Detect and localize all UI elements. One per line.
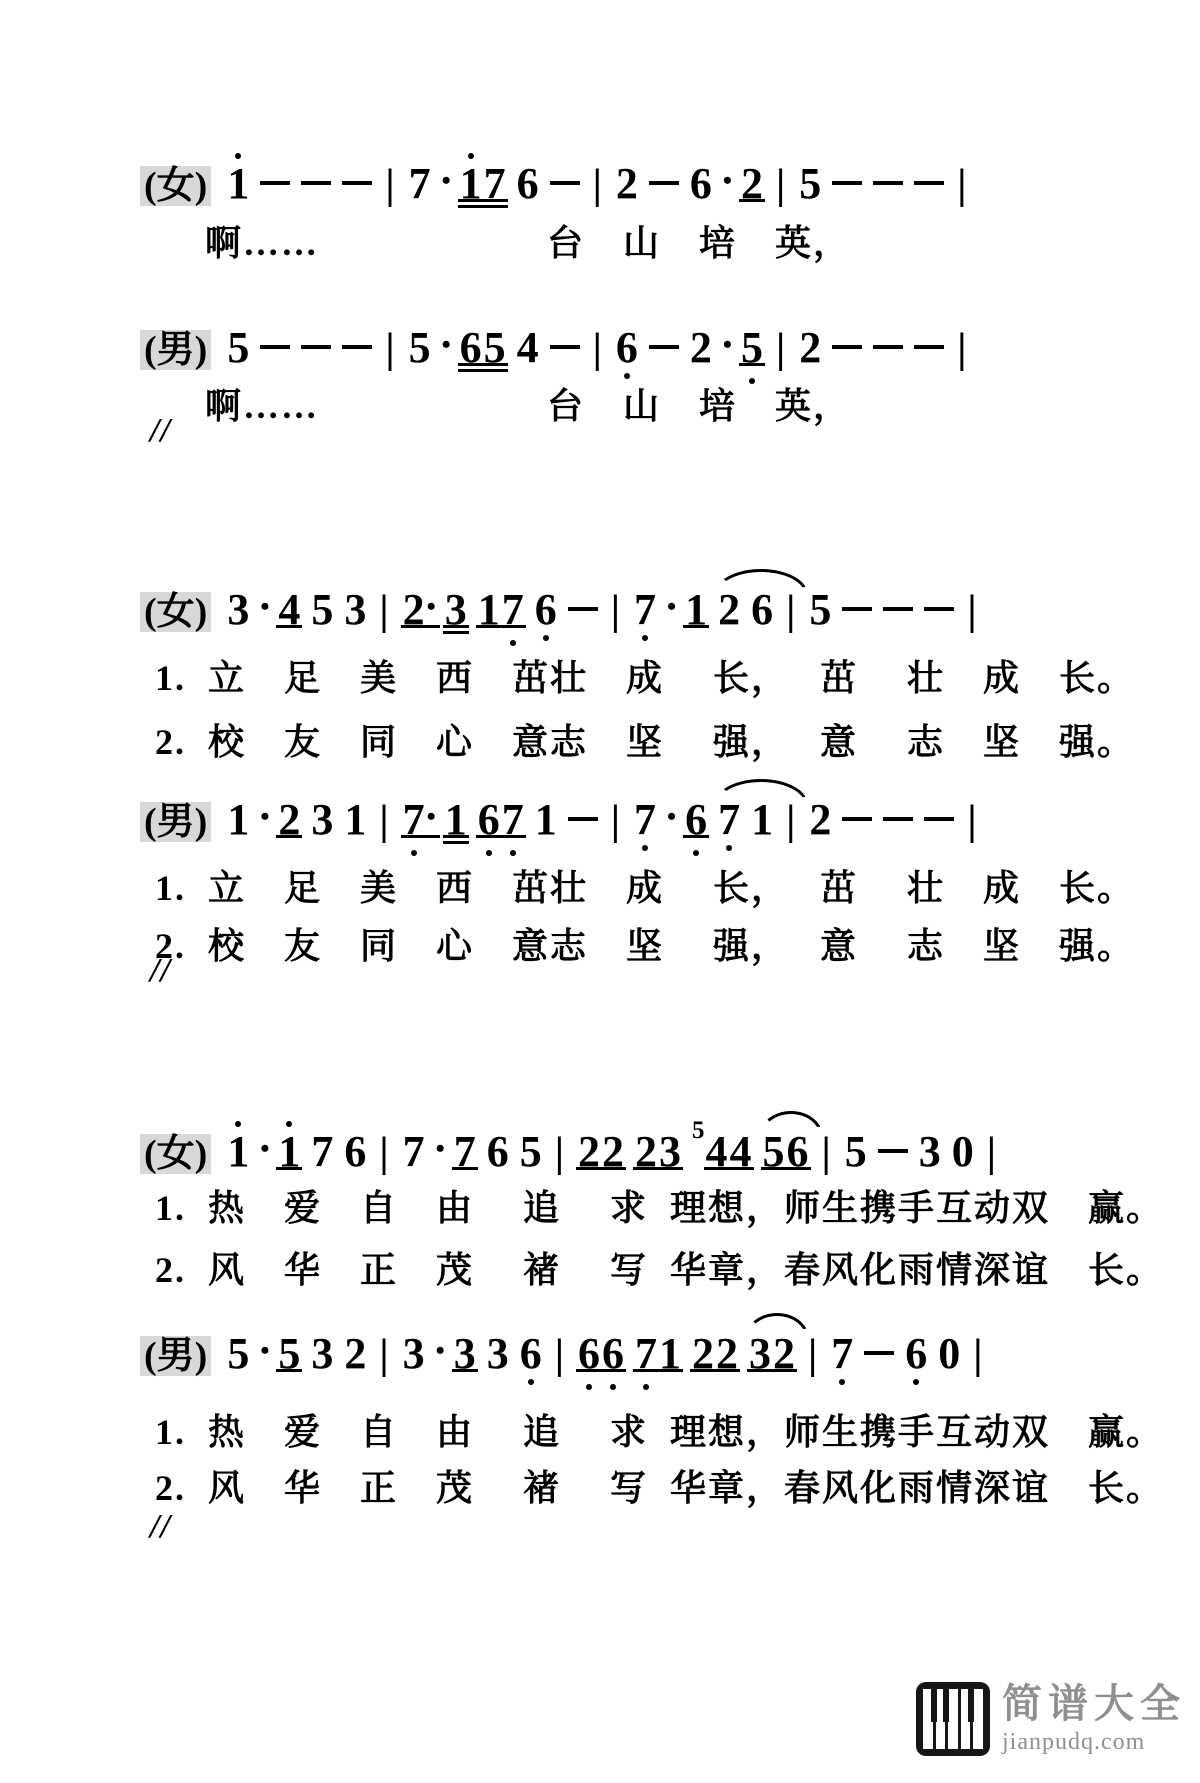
note-digit: 7 (403, 798, 425, 842)
note-digit-glyph: 5 (845, 1130, 867, 1174)
site-url: jianpudq.com (1002, 1729, 1145, 1755)
note-digit: 5 (741, 326, 763, 370)
dash-glyph (883, 817, 913, 821)
note-digit: 7 (484, 162, 506, 206)
rhythm-dot-glyph: • (442, 168, 451, 194)
grace-note-glyph: 5 (692, 1118, 705, 1143)
underline (683, 625, 709, 628)
notes-line-female-2: (女)3•453|2•3176|7•126|5| (140, 588, 991, 632)
dash-glyph (568, 817, 598, 821)
bar-line: | (379, 588, 388, 632)
note-digit-glyph: 2 (344, 1332, 366, 1376)
note-digit-glyph: 6 (616, 326, 638, 370)
note-digit-glyph: 4 (517, 326, 539, 370)
notes-line-male-1: (男)5|5•654|62•5|2| (140, 326, 981, 370)
octave-dot-low (693, 850, 699, 856)
note-digit-glyph: 6 (751, 588, 773, 632)
note-digit-glyph: 6 (517, 162, 539, 206)
octave-dot-low (913, 1379, 919, 1385)
note-digit: 3 (445, 588, 467, 632)
dash-glyph (301, 181, 331, 185)
lyrics-text: 1. 立 足 美 西 茁壮 成 长， 茁 壮 成 长。 (155, 658, 1135, 698)
underline (276, 835, 302, 838)
octave-dot-low (610, 1384, 616, 1390)
bar-line-glyph: | (808, 1334, 817, 1376)
note-digit-glyph: 1 (227, 1130, 249, 1174)
lyrics-line: 2. 校 友 同 心 意志 坚 强， 意 志 坚 强。 (155, 918, 1135, 969)
underline (443, 625, 469, 628)
note-digit: 7 (634, 798, 656, 842)
lyrics-line: 啊…… 台 山 培 英， (205, 378, 851, 429)
note-digit-glyph: 6 (344, 1130, 366, 1174)
section-divider: // (150, 412, 171, 450)
octave-dot-high (468, 153, 474, 159)
lyrics-text: 1. 立 足 美 西 茁壮 成 长， 茁 壮 成 长。 (155, 868, 1135, 908)
note-digit: 7 (409, 162, 431, 206)
underline (500, 625, 526, 628)
bar-line-glyph: | (385, 328, 394, 370)
bar-line: | (786, 798, 795, 842)
dash (301, 162, 331, 206)
bar-line-glyph: | (973, 1334, 982, 1376)
underline (443, 841, 469, 844)
bar-line-glyph: | (385, 164, 394, 206)
voice-label-female: (女) (140, 166, 211, 206)
note-digit: 1 (535, 798, 557, 842)
section-divider: // (150, 1508, 171, 1546)
rhythm-dot: • (427, 588, 436, 632)
note-digit: 5 (227, 1332, 249, 1376)
rhythm-dot: • (442, 162, 451, 206)
note-digit: 3 (344, 588, 366, 632)
underline (600, 1369, 626, 1372)
note-digit: 4 (706, 1130, 728, 1174)
bar-line-glyph: | (379, 1334, 388, 1376)
dash-glyph (649, 181, 679, 185)
dash (883, 798, 913, 842)
dash-glyph (649, 345, 679, 349)
rhythm-dot-glyph: • (442, 332, 451, 358)
note-digit: 3 (311, 1332, 333, 1376)
note-digit: 1 (685, 588, 707, 632)
dash-glyph (914, 181, 944, 185)
dash-glyph (924, 607, 954, 611)
note-digit: 3 (454, 1332, 476, 1376)
bar-line-glyph: | (776, 328, 785, 370)
note-digit: 2 (278, 798, 300, 842)
note-digit: 1 (460, 162, 482, 206)
dash (260, 162, 290, 206)
octave-dot-low (510, 640, 516, 646)
note-digit-glyph: 1 (227, 162, 249, 206)
dash (568, 588, 598, 632)
bar-line: | (776, 162, 785, 206)
lyrics-text: 1. 热 爱 自 由 追 求 理想，师生携手互动双 赢。 (155, 1188, 1164, 1228)
note-digit-glyph: 6 (690, 162, 712, 206)
dash (878, 1130, 908, 1174)
rhythm-dot-glyph: • (436, 1338, 445, 1364)
underline (482, 199, 508, 202)
bar-line: | (379, 798, 388, 842)
note-digit: 4 (517, 326, 539, 370)
dash-glyph (914, 345, 944, 349)
section-divider: // (150, 952, 171, 990)
note-digit: 6 (616, 326, 638, 370)
lyrics-text: 2. 校 友 同 心 意志 坚 强， 意 志 坚 强。 (155, 926, 1135, 966)
note-digit-glyph: 5 (227, 326, 249, 370)
lyrics-line: 1. 立 足 美 西 茁壮 成 长， 茁 壮 成 长。 (155, 650, 1135, 701)
underline (771, 1369, 797, 1372)
note-digit-glyph: 1 (344, 798, 366, 842)
note-digit: 2 (616, 162, 638, 206)
notes-line-female-3: (女)1•176|7•765|222354456|530| (140, 1118, 1010, 1174)
bar-line-glyph: | (786, 590, 795, 632)
dash (924, 798, 954, 842)
bar-line: | (973, 1332, 982, 1376)
bar-line: | (957, 326, 966, 370)
lyrics-line: 啊…… 台 山 培 英， (205, 215, 851, 266)
octave-dot-low (642, 845, 648, 851)
piano-key (936, 1689, 946, 1749)
bar-line-glyph: | (822, 1132, 831, 1174)
note-digit: 6 (578, 1332, 600, 1376)
dash-glyph (260, 181, 290, 185)
note-digit: 7 (454, 1130, 476, 1174)
dash (873, 162, 903, 206)
dash-glyph (301, 345, 331, 349)
bar-line: | (611, 798, 620, 842)
note-digit: 5 (799, 162, 821, 206)
voice-label-female: (女) (140, 592, 211, 632)
bar-line: | (822, 1130, 831, 1174)
note-digit: 2 (344, 1332, 366, 1376)
bar-line-glyph: | (555, 1132, 564, 1174)
piano-key (923, 1689, 933, 1749)
note-digit: 7 (634, 588, 656, 632)
note-digit-glyph: 7 (409, 162, 431, 206)
note-digit: 2 (403, 588, 425, 632)
underline (452, 1167, 478, 1170)
lyrics-line: 2. 风 华 正 茂 禇 写 华章，春风化雨情深谊 长。 (155, 1242, 1164, 1293)
underline (500, 835, 526, 838)
notes-line-male-2: (男)1•231|7•1671|7•671|2| (140, 798, 991, 842)
notes-line-female-1: (女)1|7•176|26•2|5| (140, 162, 981, 206)
note-digit: 1 (478, 588, 500, 632)
octave-dot-low (726, 845, 732, 851)
note-digit: 5 (278, 1332, 300, 1376)
underline (657, 1167, 683, 1170)
note-digit: 2 (716, 1332, 738, 1376)
bar-line-glyph: | (593, 164, 602, 206)
rhythm-dot-glyph: • (260, 804, 269, 830)
underline (482, 363, 508, 366)
rhythm-dot: • (260, 588, 269, 632)
rhythm-dot-glyph: • (260, 594, 269, 620)
bar-line: | (967, 798, 976, 842)
dash-glyph (342, 345, 372, 349)
dash (342, 162, 372, 206)
note-digit: 6 (517, 162, 539, 206)
bar-line: | (987, 1130, 996, 1174)
dash (832, 162, 862, 206)
rhythm-dot-glyph: • (427, 804, 436, 830)
note-digit-glyph: 3 (403, 1332, 425, 1376)
dash-glyph (873, 345, 903, 349)
note-digit-glyph: 2 (690, 326, 712, 370)
note-digit: 3 (403, 1332, 425, 1376)
bar-line-glyph: | (611, 590, 620, 632)
note-digit: 2 (690, 326, 712, 370)
rest-glyph: 0 (938, 1332, 960, 1376)
dash (864, 1332, 894, 1376)
note-digit-glyph: 5 (809, 588, 831, 632)
note-digit-glyph: 7 (403, 1130, 425, 1174)
octave-dot-low (839, 1379, 845, 1385)
note-digit: 1 (227, 162, 249, 206)
rhythm-dot: • (260, 798, 269, 842)
dash-glyph (864, 1351, 894, 1355)
dash (550, 162, 580, 206)
dash (842, 798, 872, 842)
underline (714, 1369, 740, 1372)
octave-dot-low (510, 850, 516, 856)
note-digit: 6 (905, 1332, 927, 1376)
voice-label-male: (男) (140, 1336, 211, 1376)
bar-line-glyph: | (786, 800, 795, 842)
note-digit: 7 (311, 1130, 333, 1174)
voice-label-female: (女) (140, 1134, 211, 1174)
piano-key (948, 1689, 958, 1749)
notes-line-male-3: (男)5•532|3•336|66712232|760| (140, 1332, 997, 1376)
note-digit: 6 (344, 1130, 366, 1174)
rhythm-dot: • (442, 326, 451, 370)
voice-label-male: (男) (140, 802, 211, 842)
note-digit-glyph: 3 (311, 798, 333, 842)
bar-line: | (385, 326, 394, 370)
lyrics-line: 1. 立 足 美 西 茁壮 成 长， 茁 壮 成 长。 (155, 860, 1135, 911)
dash-glyph (550, 345, 580, 349)
dash (924, 588, 954, 632)
piano-key (961, 1689, 971, 1749)
note-digit-glyph: 6 (487, 1130, 509, 1174)
dash (649, 326, 679, 370)
bar-line: | (593, 326, 602, 370)
note-digit-glyph: 3 (227, 588, 249, 632)
note-digit-glyph: 5 (227, 1332, 249, 1376)
underline (482, 205, 508, 208)
dash (842, 588, 872, 632)
note-digit: 5 (484, 326, 506, 370)
octave-dot-low (486, 850, 492, 856)
octave-dot-low (411, 850, 417, 856)
dash (342, 326, 372, 370)
bar-line-glyph: | (776, 164, 785, 206)
piano-keys-icon (916, 1682, 990, 1756)
rhythm-dot-glyph: • (667, 594, 676, 620)
underline (443, 631, 469, 634)
note-digit: 5 (763, 1130, 785, 1174)
voice-label-male: (男) (140, 330, 211, 370)
underline (425, 835, 440, 838)
octave-dot-low (643, 1384, 649, 1390)
note-digit-glyph: 7 (634, 798, 656, 842)
note-digit-glyph: 1 (751, 798, 773, 842)
note-digit-glyph: 6 (905, 1332, 927, 1376)
note-digit: 5 (311, 588, 333, 632)
note-digit: 1 (445, 798, 467, 842)
bar-line: | (593, 162, 602, 206)
note-digit: 1 (659, 1332, 681, 1376)
dash (914, 326, 944, 370)
rhythm-dot-glyph: • (723, 168, 732, 194)
note-digit: 2 (635, 1130, 657, 1174)
lyrics-text: 1. 热 爱 自 由 追 求 理想，师生携手互动双 赢。 (155, 1412, 1164, 1452)
note-digit: 2 (809, 798, 831, 842)
rhythm-dot-glyph: • (260, 1338, 269, 1364)
note-digit-glyph: 6 (520, 1332, 542, 1376)
dash-glyph (873, 181, 903, 185)
note-digit: 7 (831, 1332, 853, 1376)
dash (649, 162, 679, 206)
bar-line: | (555, 1332, 564, 1376)
dash-glyph (883, 607, 913, 611)
underline (443, 835, 469, 838)
dash-glyph (260, 345, 290, 349)
note-digit: 2 (602, 1130, 624, 1174)
note-digit-glyph: 2 (616, 162, 638, 206)
dash-glyph (924, 817, 954, 821)
dash-glyph (842, 607, 872, 611)
bar-line: | (555, 1130, 564, 1174)
footer-watermark: 简谱大全 jianpudq.com (916, 1682, 1186, 1756)
lyrics-line: 1. 热 爱 自 由 追 求 理想，师生携手互动双 赢。 (155, 1404, 1164, 1455)
note-digit: 6 (787, 1130, 809, 1174)
underline (739, 363, 765, 366)
note-digit: 2 (799, 326, 821, 370)
rhythm-dot: • (260, 1332, 269, 1376)
rhythm-dot: • (723, 326, 732, 370)
underline (276, 625, 302, 628)
bar-line-glyph: | (957, 164, 966, 206)
lyrics-text: 2. 风 华 正 茂 禇 写 华章，春风化雨情深谊 长。 (155, 1250, 1164, 1290)
note-digit-glyph: 1 (535, 798, 557, 842)
lyrics-text: 2. 风 华 正 茂 禇 写 华章，春风化雨情深谊 长。 (155, 1468, 1164, 1508)
lyrics-line: 1. 热 爱 自 由 追 求 理想，师生携手互动双 赢。 (155, 1180, 1164, 1231)
dash-glyph (342, 181, 372, 185)
dash (832, 326, 862, 370)
dash (873, 326, 903, 370)
lyrics-line: 2. 风 华 正 茂 禇 写 华章，春风化雨情深谊 长。 (155, 1460, 1164, 1511)
octave-dot-low (543, 635, 549, 641)
lyrics-text: 啊…… 台 山 培 英， (205, 386, 851, 426)
note-digit: 6 (487, 1130, 509, 1174)
bar-line: | (808, 1332, 817, 1376)
note-digit: 6 (685, 798, 707, 842)
note-digit: 4 (730, 1130, 752, 1174)
note-digit-glyph: 5 (409, 326, 431, 370)
piano-key (973, 1689, 983, 1749)
note-digit: 2 (773, 1332, 795, 1376)
sheet-music-page: { "page": {"background": "#ffffff", "lab… (0, 0, 1200, 1783)
note-digit: 2 (692, 1332, 714, 1376)
rhythm-dot: • (723, 162, 732, 206)
rhythm-dot-glyph: • (436, 1136, 445, 1162)
bar-line-glyph: | (379, 590, 388, 632)
rest-glyph: 0 (952, 1130, 974, 1174)
note-digit: 7 (718, 798, 740, 842)
note-digit-glyph: 7 (311, 1130, 333, 1174)
bar-line-glyph: | (967, 590, 976, 632)
dash (301, 326, 331, 370)
note-digit: 5 (845, 1130, 867, 1174)
rest: 0 (938, 1332, 960, 1376)
dash-glyph (568, 607, 598, 611)
rhythm-dot: • (260, 1130, 269, 1174)
bar-line-glyph: | (555, 1334, 564, 1376)
note-digit: 1 (344, 798, 366, 842)
dash (260, 326, 290, 370)
grace-note: 5 (692, 1118, 705, 1174)
dash (883, 588, 913, 632)
octave-dot-low (642, 635, 648, 641)
note-digit-glyph: 7 (831, 1332, 853, 1376)
dash (568, 798, 598, 842)
note-digit-glyph: 2 (799, 326, 821, 370)
note-digit: 5 (409, 326, 431, 370)
note-digit: 1 (227, 798, 249, 842)
underline (425, 625, 440, 628)
dash-glyph (878, 1149, 908, 1153)
bar-line: | (379, 1332, 388, 1376)
footer-text: 简谱大全 jianpudq.com (1002, 1682, 1186, 1755)
dash (914, 162, 944, 206)
bar-line: | (379, 1130, 388, 1174)
underline (482, 369, 508, 372)
note-digit: 3 (487, 1332, 509, 1376)
underline (785, 1167, 811, 1170)
dash (550, 326, 580, 370)
note-digit: 6 (751, 588, 773, 632)
note-digit-glyph: 3 (487, 1332, 509, 1376)
page: (女)1|7•176|26•2|5| 啊…… 台 山 培 英， (男)5|5•6… (0, 0, 1200, 1783)
underline (657, 1369, 683, 1372)
note-digit: 1 (751, 798, 773, 842)
bar-line-glyph: | (379, 800, 388, 842)
underline (276, 1167, 302, 1170)
note-digit-glyph: 5 (311, 588, 333, 632)
note-digit-glyph: 7 (634, 588, 656, 632)
note-digit-glyph: 3 (344, 588, 366, 632)
note-digit: 3 (311, 798, 333, 842)
underline (452, 1369, 478, 1372)
bar-line: | (385, 162, 394, 206)
rhythm-dot: • (667, 798, 676, 842)
note-digit: 6 (520, 1332, 542, 1376)
rhythm-dot: • (436, 1130, 445, 1174)
note-digit: 7 (403, 1130, 425, 1174)
note-digit: 7 (635, 1332, 657, 1376)
dash-glyph (832, 181, 862, 185)
note-digit-glyph: 6 (535, 588, 557, 632)
rhythm-dot: • (436, 1332, 445, 1376)
note-digit: 1 (227, 1130, 249, 1174)
underline (600, 1167, 626, 1170)
rhythm-dot-glyph: • (723, 332, 732, 358)
note-digit: 5 (809, 588, 831, 632)
note-digit: 6 (690, 162, 712, 206)
bar-line: | (957, 162, 966, 206)
note-digit-glyph: 5 (799, 162, 821, 206)
